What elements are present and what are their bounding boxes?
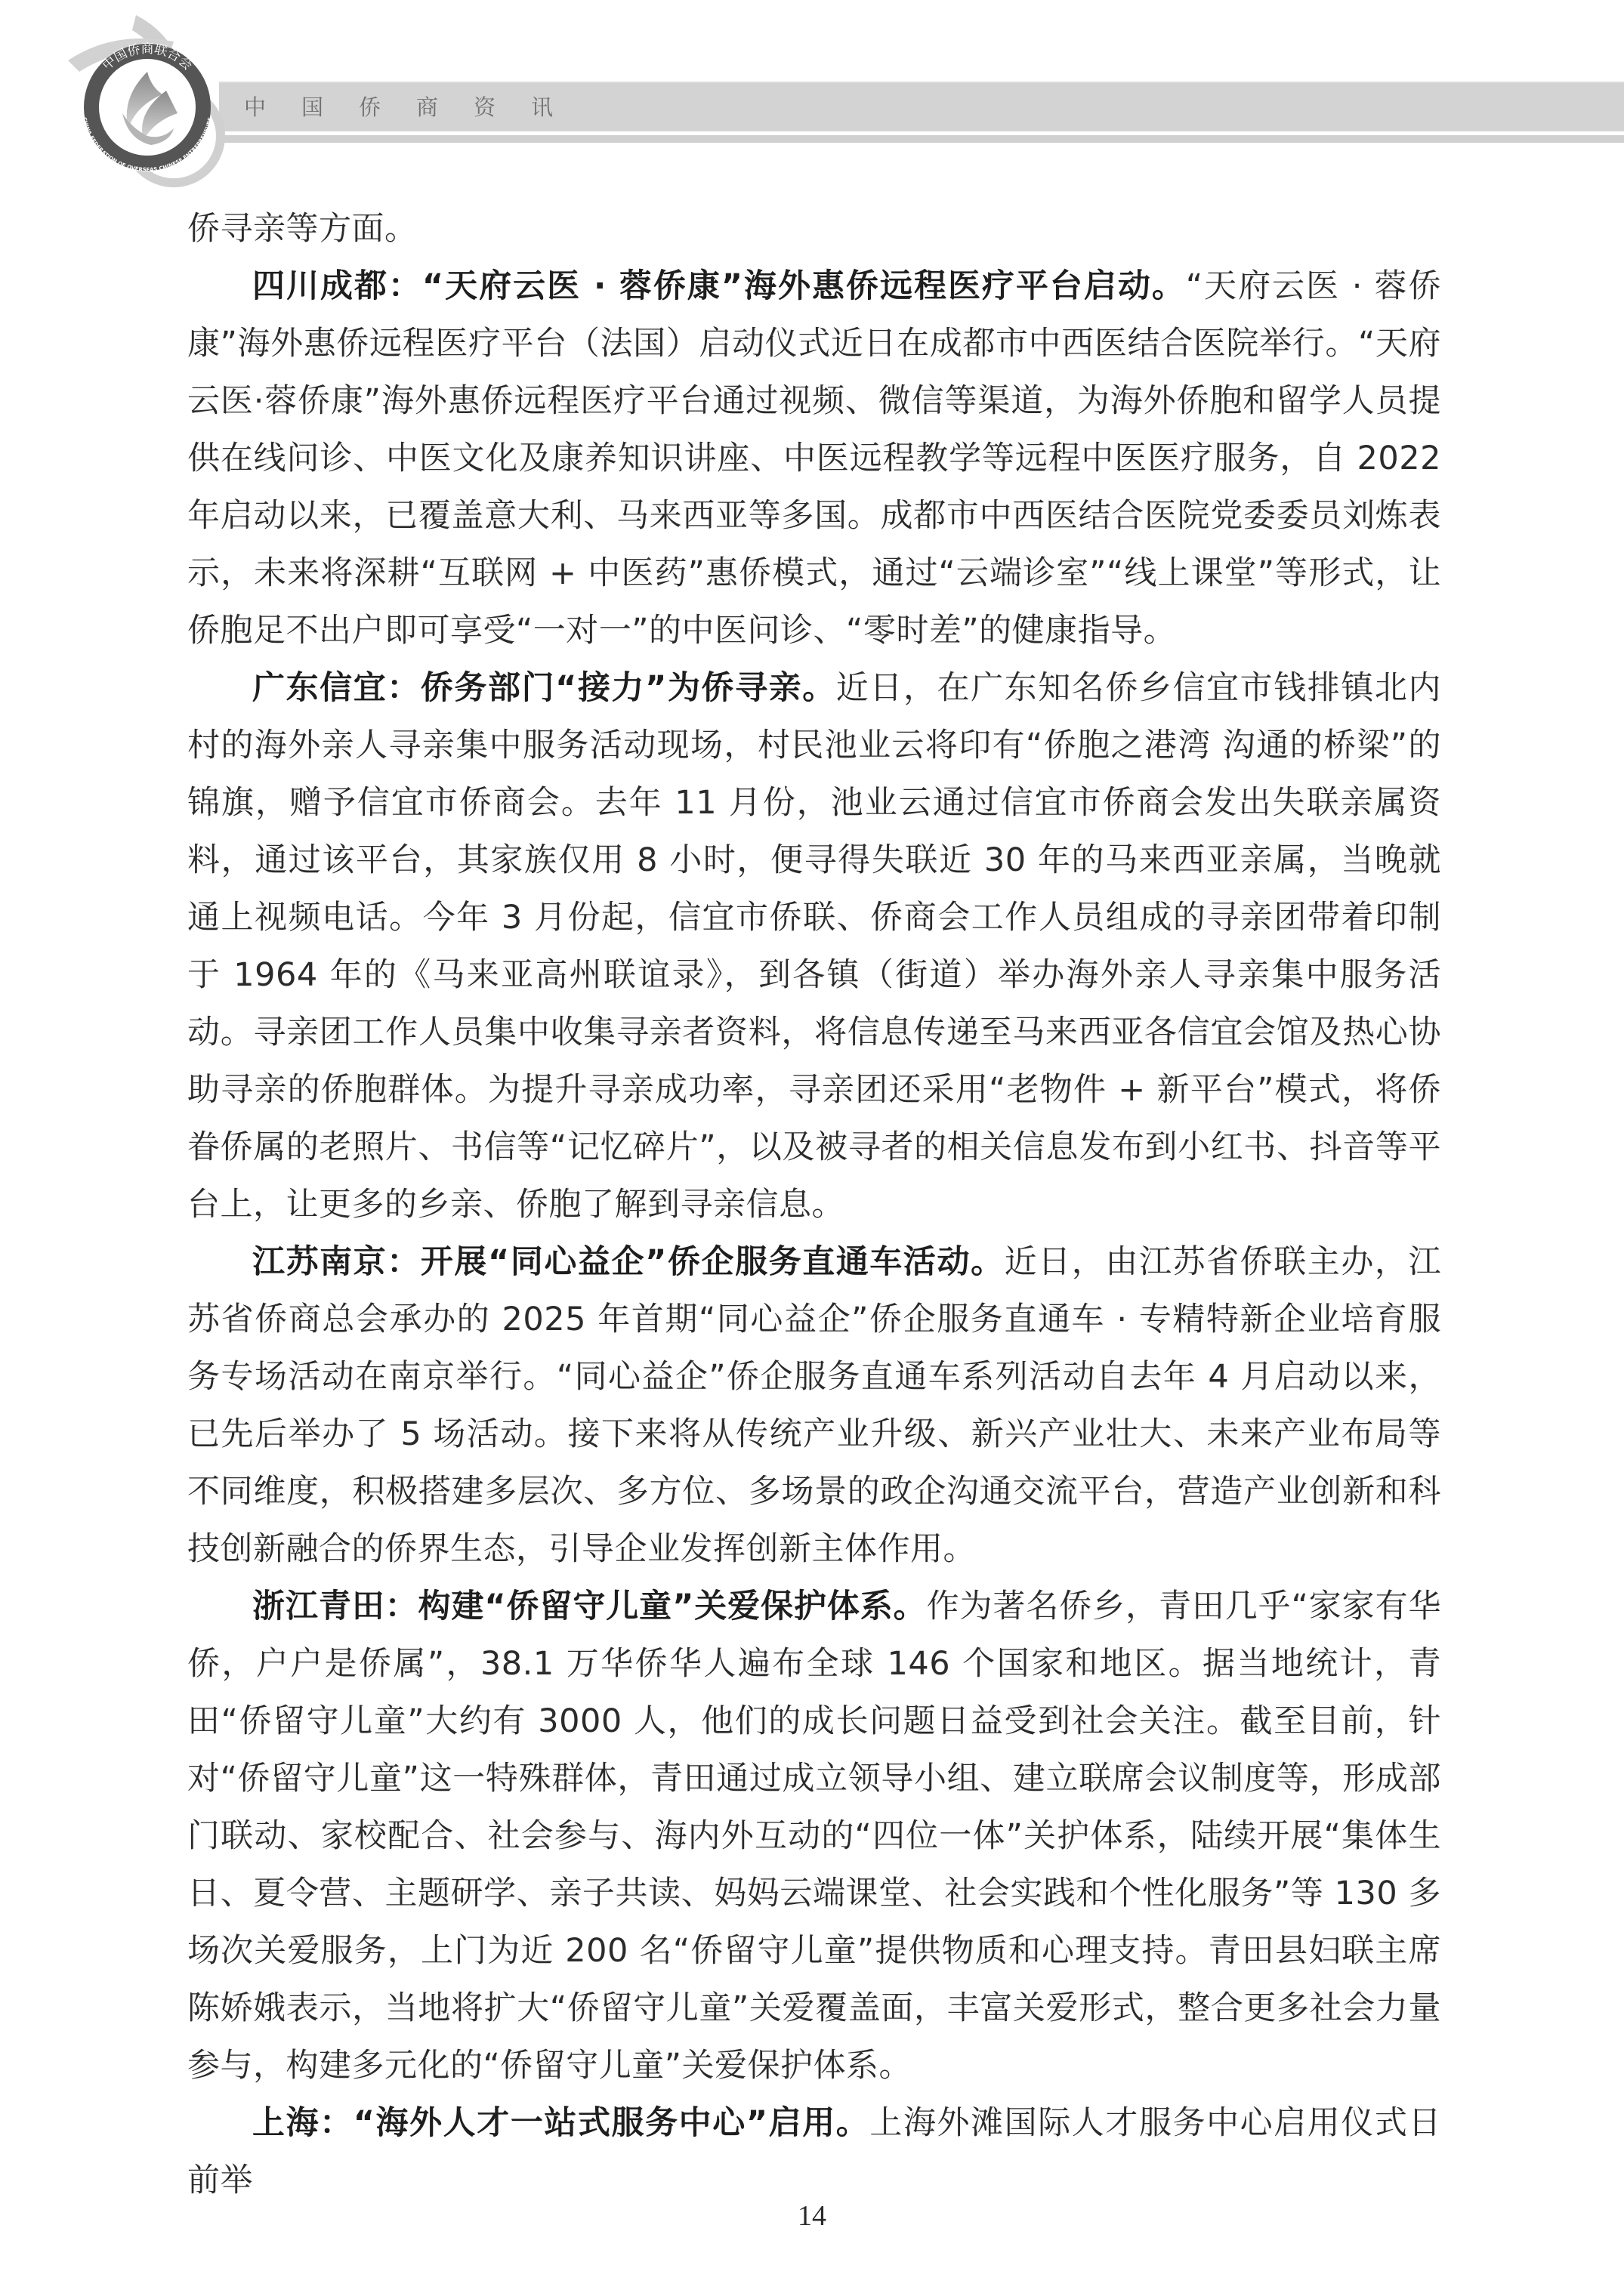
news-item-text: 近日，在广东知名侨乡信宜市钱排镇北内村的海外亲人寻亲集中服务活动现场，村民池业云… <box>187 669 1441 1224</box>
title-char: 国 <box>301 91 359 122</box>
news-item-headline: 浙江青田：构建“侨留守儿童”关爱保护体系。 <box>252 1588 927 1625</box>
news-item-text: “天府云医 · 蓉侨康”海外惠侨远程医疗平台（法国）启动仪式近日在成都市中西医结… <box>187 267 1441 650</box>
paragraph-continuation: 侨寻亲等方面。 <box>187 200 1441 258</box>
news-item-shanghai: 上海：“海外人才一站式服务中心”启用。上海外滩国际人才服务中心启用仪式日前举 <box>187 2094 1441 2209</box>
news-item-headline: 广东信宜：侨务部门“接力”为侨寻亲。 <box>252 669 836 707</box>
news-item-sichuan-chengdu: 四川成都：“天府云医 · 蓉侨康”海外惠侨远程医疗平台启动。“天府云医 · 蓉侨… <box>187 258 1441 659</box>
paragraph-text: 侨寻亲等方面。 <box>187 210 418 248</box>
title-char: 侨 <box>359 91 416 122</box>
federation-logo-icon: 中国侨商联合会 CHINA FEDERATION OF OVERSEAS CHI… <box>23 8 249 189</box>
title-char: 资 <box>474 91 531 122</box>
title-char: 讯 <box>531 91 588 122</box>
page-number: 14 <box>0 2199 1624 2233</box>
news-item-jiangsu-nanjing: 江苏南京：开展“同心益企”侨企服务直通车活动。近日，由江苏省侨联主办，江苏省侨商… <box>187 1233 1441 1578</box>
news-item-text: 作为著名侨乡，青田几乎“家家有华侨，户户是侨属”，38.1 万华侨华人遍布全球 … <box>187 1588 1441 2085</box>
news-item-guangdong-xinyi: 广东信宜：侨务部门“接力”为侨寻亲。近日，在广东知名侨乡信宜市钱排镇北内村的海外… <box>187 659 1441 1233</box>
news-item-headline: 上海：“海外人才一站式服务中心”启用。 <box>252 2104 869 2142</box>
news-item-headline: 四川成都：“天府云医 · 蓉侨康”海外惠侨远程医疗平台启动。 <box>252 267 1186 305</box>
header-rule <box>219 135 1624 143</box>
title-char: 中 <box>244 91 301 122</box>
article-body: 侨寻亲等方面。 四川成都：“天府云医 · 蓉侨康”海外惠侨远程医疗平台启动。“天… <box>187 200 1441 2209</box>
title-char: 商 <box>416 91 474 122</box>
news-item-text: 近日，由江苏省侨联主办，江苏省侨商总会承办的 2025 年首期“同心益企”侨企服… <box>187 1243 1441 1568</box>
publication-title: 中 国 侨 商 资 讯 <box>244 89 588 122</box>
news-item-zhejiang-qingtian: 浙江青田：构建“侨留守儿童”关爱保护体系。作为著名侨乡，青田几乎“家家有华侨，户… <box>187 1578 1441 2094</box>
news-item-headline: 江苏南京：开展“同心益企”侨企服务直通车活动。 <box>252 1243 1005 1281</box>
